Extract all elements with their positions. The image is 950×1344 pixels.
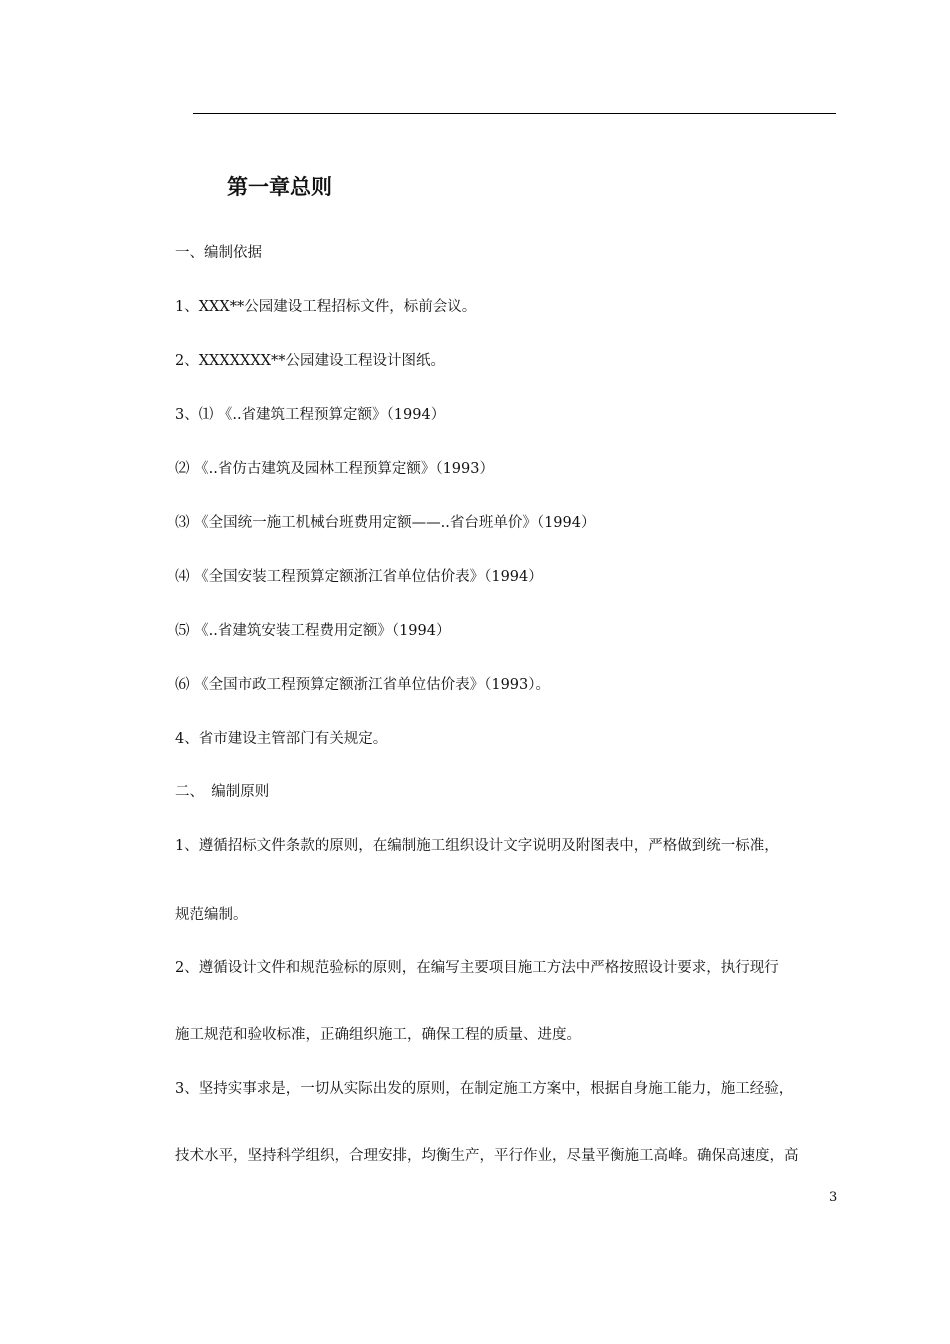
principle-3-line-1: 3、坚持实事求是，一切从实际出发的原则，在制定施工方案中，根据自身施工能力，施工… <box>175 1077 855 1098</box>
basis-item-3-6: ⑹ 《全国市政工程预算定额浙江省单位估价表》（1993）。 <box>175 673 550 694</box>
basis-item-3-4: ⑷ 《全国安装工程预算定额浙江省单位估价表》（1994） <box>175 565 543 586</box>
section-heading-basis: 一、编制依据 <box>175 241 262 262</box>
page-number: 3 <box>829 1190 837 1205</box>
basis-item-4: 4、省市建设主管部门有关规定。 <box>175 727 387 748</box>
principle-3-line-2: 技术水平，坚持科学组织，合理安排，均衡生产，平行作业，尽量平衡施工高峰。确保高速… <box>175 1144 855 1165</box>
basis-item-3-3: ⑶ 《全国统一施工机械台班费用定额——..省台班单价》（1994） <box>175 511 595 532</box>
section-heading-principles: 二、 编制原则 <box>175 780 269 801</box>
basis-item-3-2: ⑵ 《..省仿古建筑及园林工程预算定额》（1993） <box>175 457 494 478</box>
basis-item-3-5: ⑸ 《..省建筑安装工程费用定额》（1994） <box>175 619 450 640</box>
basis-item-2: 2、XXXXXXX**公园建设工程设计图纸。 <box>175 349 445 370</box>
header-rule <box>193 113 836 114</box>
principle-2-line-2: 施工规范和验收标准，正确组织施工，确保工程的质量、进度。 <box>175 1023 581 1044</box>
basis-item-1: 1、XXX**公园建设工程招标文件，标前会议。 <box>175 295 476 316</box>
principle-2-line-1: 2、遵循设计文件和规范验标的原则，在编写主要项目施工方法中严格按照设计要求，执行… <box>175 956 855 977</box>
basis-item-3-1: 3、⑴ 《..省建筑工程预算定额》（1994） <box>175 403 445 424</box>
principle-1-line-1: 1、遵循招标文件条款的原则，在编制施工组织设计文字说明及附图表中，严格做到统一标… <box>175 834 855 855</box>
chapter-title: 第一章总则 <box>227 171 332 201</box>
principle-1-line-2: 规范编制。 <box>175 903 248 924</box>
